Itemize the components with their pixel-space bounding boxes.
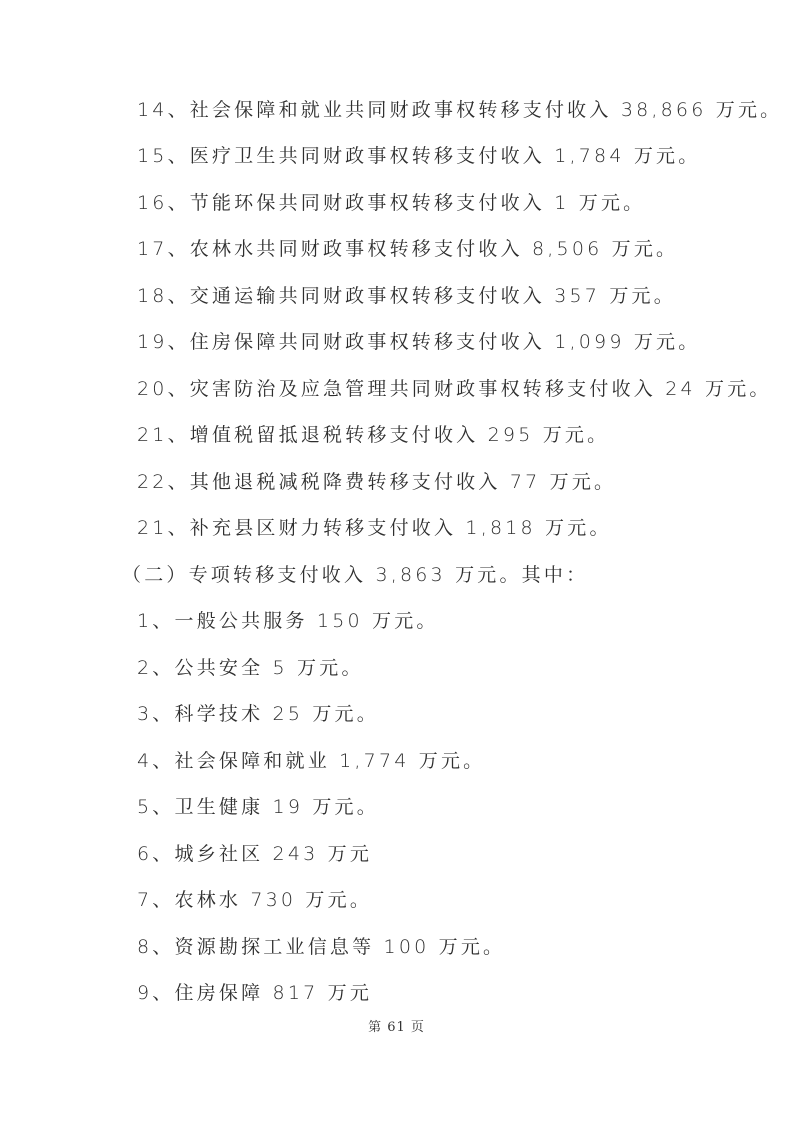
list-item-9: 9、住房保障 817 万元 [137,979,372,1007]
paragraph-line-18: 18、交通运输共同财政事权转移支付收入 357 万元。 [137,282,676,310]
list-item-2: 2、公共安全 5 万元。 [137,654,364,682]
paragraph-line-22: 22、其他退税减税降费转移支付收入 77 万元。 [137,468,616,496]
list-item-8: 8、资源勘探工业信息等 100 万元。 [137,933,505,961]
paragraph-line-16: 16、节能环保共同财政事权转移支付收入 1 万元。 [137,189,645,217]
paragraph-line-21b: 21、补充县区财力转移支付收入 1,818 万元。 [137,514,612,542]
section-heading-special-transfer: （二）专项转移支付收入 3,863 万元。其中： [122,561,588,589]
list-item-7: 7、农林水 730 万元。 [137,886,372,914]
paragraph-line-19: 19、住房保障共同财政事权转移支付收入 1,099 万元。 [137,328,700,356]
paragraph-line-21a: 21、增值税留抵退税转移支付收入 295 万元。 [137,421,609,449]
document-page: 14、社会保障和就业共同财政事权转移支付收入 38,866 万元。 15、医疗卫… [0,0,793,1122]
paragraph-line-15: 15、医疗卫生共同财政事权转移支付收入 1,784 万元。 [137,142,700,170]
paragraph-line-17: 17、农林水共同财政事权转移支付收入 8,506 万元。 [137,235,678,263]
paragraph-line-20: 20、灾害防治及应急管理共同财政事权转移支付收入 24 万元。 [137,375,772,403]
paragraph-line-14: 14、社会保障和就业共同财政事权转移支付收入 38,866 万元。 [137,96,782,124]
list-item-3: 3、科学技术 25 万元。 [137,700,379,728]
list-item-4: 4、社会保障和就业 1,774 万元。 [137,747,485,775]
list-item-6: 6、城乡社区 243 万元 [137,840,372,868]
page-number: 第 61 页 [0,1016,793,1035]
list-item-1: 1、一般公共服务 150 万元。 [137,607,439,635]
list-item-5: 5、卫生健康 19 万元。 [137,793,379,821]
